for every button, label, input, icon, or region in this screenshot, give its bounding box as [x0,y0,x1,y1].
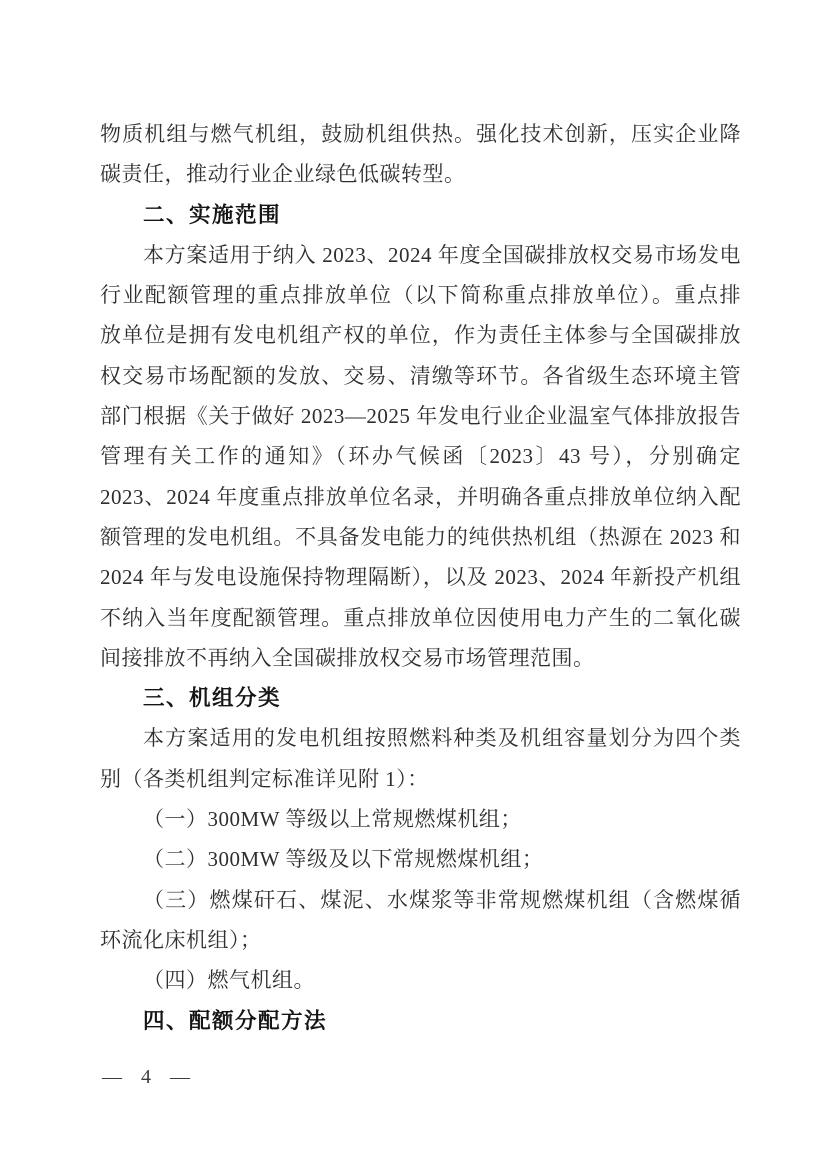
document-page: 物质机组与燃气机组，鼓励机组供热。强化技术创新，压实企业降碳责任，推动行业企业绿… [0,0,827,1169]
text-line: 不纳入当年度配额管理。重点排放单位因使用电力产生的二氧化碳 [100,598,741,638]
text-line: 部门根据《关于做好 2023—2025 年发电行业企业温室气体排放报告 [100,396,741,436]
text-line: 间接排放不再纳入全国碳排放权交易市场管理范围。 [100,638,741,678]
text-line: 管理有关工作的通知》（环办气候函〔2023〕43 号），分别确定 [100,436,741,476]
text-line: 物质机组与燃气机组，鼓励机组供热。强化技术创新，压实企业降 [100,114,741,154]
text-line: 本方案适用的发电机组按照燃料种类及机组容量划分为四个类 [100,718,741,758]
text-line: （四）燃气机组。 [100,960,741,1000]
text-line: 环流化床机组）； [100,920,741,960]
text-line: 放单位是拥有发电机组产权的单位，作为责任主体参与全国碳排放 [100,315,741,355]
page-number: — 4 — [102,1062,193,1092]
text-line: （一）300MW 等级以上常规燃煤机组； [100,799,741,839]
text-line: 权交易市场配额的发放、交易、清缴等环节。各省级生态环境主管 [100,356,741,396]
text-line: 行业配额管理的重点排放单位（以下简称重点排放单位）。重点排 [100,275,741,315]
text-line: 额管理的发电机组。不具备发电能力的纯供热机组（热源在 2023 和 [100,517,741,557]
document-content: 物质机组与燃气机组，鼓励机组供热。强化技术创新，压实企业降碳责任，推动行业企业绿… [100,114,741,1041]
text-line: 2023、2024 年度重点排放单位名录，并明确各重点排放单位纳入配 [100,477,741,517]
text-line: （三）燃煤矸石、煤泥、水煤浆等非常规燃煤机组（含燃煤循 [100,880,741,920]
text-line: 碳责任，推动行业企业绿色低碳转型。 [100,154,741,194]
text-line: 本方案适用于纳入 2023、2024 年度全国碳排放权交易市场发电 [100,235,741,275]
text-line: 2024 年与发电设施保持物理隔断），以及 2023、2024 年新投产机组 [100,557,741,597]
text-line: （二）300MW 等级及以下常规燃煤机组； [100,839,741,879]
section-heading: 四、配额分配方法 [100,1001,741,1041]
section-heading: 二、实施范围 [100,195,741,235]
section-heading: 三、机组分类 [100,678,741,718]
text-line: 别（各类机组判定标准详见附 1）： [100,759,741,799]
